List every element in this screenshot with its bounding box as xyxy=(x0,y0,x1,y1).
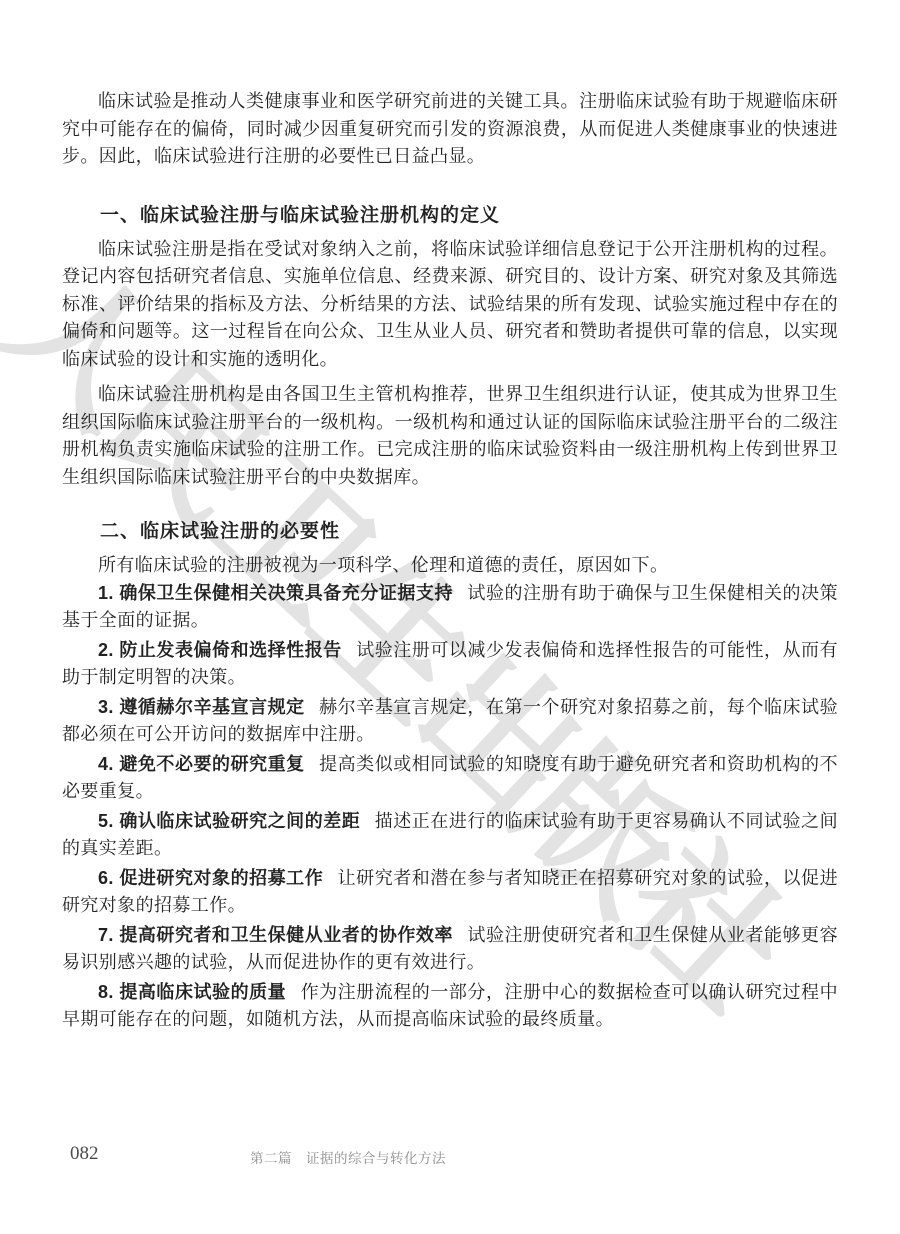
page-content: 临床试验是推动人类健康事业和医学研究前进的关键工具。注册临床试验有助于规避临床研… xyxy=(62,88,838,1036)
section-2-lead: 所有临床试验的注册被视为一项科学、伦理和道德的责任，原因如下。 xyxy=(62,552,838,580)
numbered-item: 2. 防止发表偏倚和选择性报告试验注册可以减少发表偏倚和选择性报告的可能性，从而… xyxy=(62,637,838,692)
numbered-item: 8. 提高临床试验的质量作为注册流程的一部分，注册中心的数据检查可以确认研究过程… xyxy=(62,979,838,1034)
numbered-item-list: 1. 确保卫生保健相关决策具备充分证据支持试验的注册有助于确保与卫生保健相关的决… xyxy=(62,580,838,1034)
numbered-item: 6. 促进研究对象的招募工作让研究者和潜在参与者知晓正在招募研究对象的试验，以促… xyxy=(62,865,838,920)
section-1-paragraph-2: 临床试验注册机构是由各国卫生主管机构推荐，世界卫生组织进行认证，使其成为世界卫生… xyxy=(62,381,838,491)
item-label: 5. 确认临床试验研究之间的差距 xyxy=(98,811,360,831)
section-1-heading: 一、临床试验注册与临床试验注册机构的定义 xyxy=(62,201,838,231)
item-label: 4. 避免不必要的研究重复 xyxy=(98,754,305,774)
numbered-item: 1. 确保卫生保健相关决策具备充分证据支持试验的注册有助于确保与卫生保健相关的决… xyxy=(62,580,838,635)
item-label: 8. 提高临床试验的质量 xyxy=(98,982,286,1002)
page-number: 082 xyxy=(70,1143,99,1165)
section-1-paragraph-1: 临床试验注册是指在受试对象纳入之前，将临床试验详细信息登记于公开注册机构的过程。… xyxy=(62,236,838,374)
numbered-item: 5. 确认临床试验研究之间的差距描述正在进行的临床试验有助于更容易确认不同试验之… xyxy=(62,808,838,863)
running-footer-title: 第二篇 证据的综合与转化方法 xyxy=(250,1147,446,1167)
item-label: 1. 确保卫生保健相关决策具备充分证据支持 xyxy=(98,583,453,603)
section-2-heading: 二、临床试验注册的必要性 xyxy=(62,517,838,547)
intro-paragraph: 临床试验是推动人类健康事业和医学研究前进的关键工具。注册临床试验有助于规避临床研… xyxy=(62,88,838,171)
numbered-item: 7. 提高研究者和卫生保健从业者的协作效率试验注册使研究者和卫生保健从业者能够更… xyxy=(62,922,838,977)
item-label: 2. 防止发表偏倚和选择性报告 xyxy=(98,640,342,660)
item-label: 7. 提高研究者和卫生保健从业者的协作效率 xyxy=(98,925,453,945)
numbered-item: 4. 避免不必要的研究重复提高类似或相同试验的知晓度有助于避免研究者和资助机构的… xyxy=(62,751,838,806)
page-footer: 082 第二篇 证据的综合与转化方法 xyxy=(0,1143,900,1169)
book-page: 人民卫生出版社 临床试验是推动人类健康事业和医学研究前进的关键工具。注册临床试验… xyxy=(0,0,900,1234)
numbered-item: 3. 遵循赫尔辛基宣言规定赫尔辛基宣言规定，在第一个研究对象招募之前，每个临床试… xyxy=(62,694,838,749)
item-label: 6. 促进研究对象的招募工作 xyxy=(98,868,323,888)
item-label: 3. 遵循赫尔辛基宣言规定 xyxy=(98,697,305,717)
